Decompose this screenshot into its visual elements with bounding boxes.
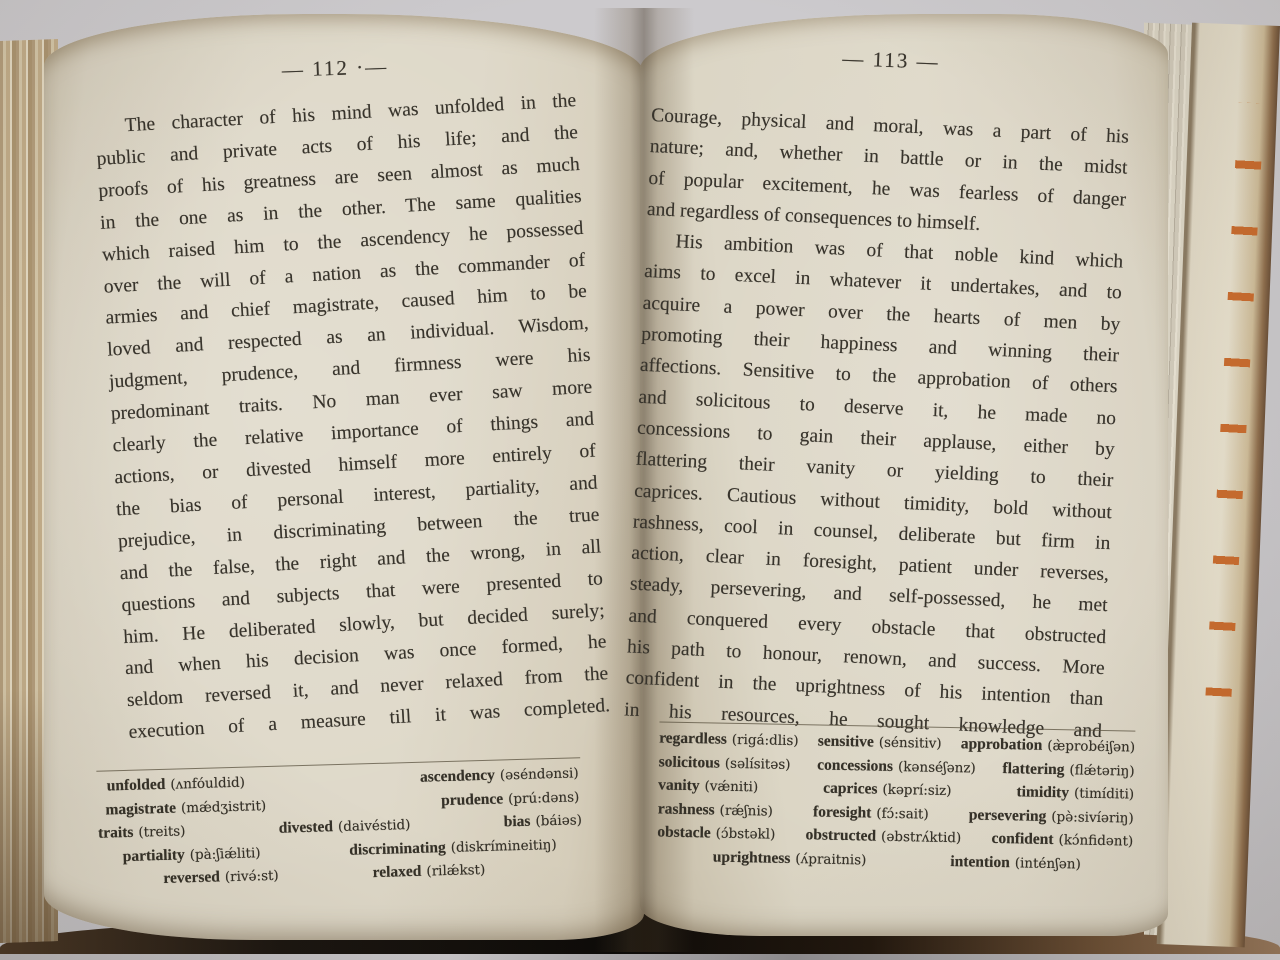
vocab-pronunciation: (mǽdʒistrit) [181, 798, 267, 816]
vocab-pronunciation: (æ̀probéiʃən) [1047, 738, 1135, 756]
vocab-word: ascendency [420, 767, 495, 786]
vocab-entry: obstructed(əbstrʌ́ktid) [805, 826, 961, 847]
vocab-pronunciation: (prú:dəns) [508, 789, 580, 807]
vocab-word: vanity [658, 776, 700, 794]
vocab-pronunciation: (fɔ́:sait) [876, 805, 929, 822]
vocab-pronunciation: (pə̀:sivíəriŋ) [1051, 808, 1134, 826]
vocab-pronunciation: (kənséʃənz) [898, 759, 976, 776]
vocab-pronunciation: (əséndənsi) [500, 765, 579, 783]
vocab-entry: obstacle(ɔ́bstəkl) [657, 823, 775, 843]
vocab-word: regardless [659, 729, 727, 747]
vocab-word: obstacle [657, 823, 711, 841]
vocab-word: confident [991, 830, 1053, 848]
vocab-entry: regardless(rigá:dlis) [659, 729, 799, 750]
vocab-entry: bias(báiəs) [504, 811, 583, 831]
vocab-word: unfolded [107, 776, 166, 795]
vocab-word: intention [950, 853, 1010, 871]
vocab-word: uprightness [713, 848, 791, 866]
vocab-pronunciation: (rivə́:st) [225, 868, 279, 885]
vocab-entry: approbation(æ̀probéiʃən) [961, 735, 1136, 756]
vocab-pronunciation: (rǽʃnis) [719, 802, 773, 819]
page-113-body-text: Courage, physical and moral, was a part … [624, 100, 1130, 747]
open-book-photo: — 112 ·— — 113 — The character of his mi… [0, 0, 1280, 960]
vocab-word: obstructed [805, 826, 876, 844]
page-112-body-text: The character of his mind was unfolded i… [94, 85, 611, 749]
vocab-entry: vanity(vǽniti) [658, 776, 758, 796]
vocab-pronunciation: (diskrímineitiŋ) [450, 836, 556, 855]
vocab-word: prudence [441, 790, 503, 809]
vocab-word: approbation [961, 735, 1043, 754]
vocab-word: persevering [969, 806, 1047, 824]
vocab-word: divested [279, 818, 334, 837]
vocab-entry: magistrate(mǽdʒistrit) [105, 797, 266, 819]
vocab-pronunciation: (ɔ́bstəkl) [716, 826, 776, 843]
vocab-pronunciation: (timíditi) [1074, 785, 1134, 802]
page-112-vocabulary: unfolded(ʌnfóuldid)ascendency(əséndənsi)… [96, 757, 583, 895]
vocab-pronunciation: (daivéstid) [338, 817, 411, 835]
vocab-word: flattering [1002, 760, 1064, 778]
vocab-word: solicitous [659, 753, 720, 771]
vocab-entry: caprices(kəprí:siz) [823, 780, 952, 800]
vocab-word: timidity [1016, 783, 1069, 801]
vocab-word: sensitive [818, 732, 874, 750]
vocab-entry: persevering(pə̀:sivíəriŋ) [969, 806, 1134, 827]
vocab-pronunciation: (flǽtəriŋ) [1069, 762, 1134, 779]
vocab-pronunciation: (ʌ́praitnis) [795, 851, 866, 868]
vocab-pronunciation: (kɔ́nfidənt) [1058, 832, 1133, 849]
vocab-word: concessions [817, 756, 893, 774]
vocab-pronunciation: (səlísitəs) [725, 755, 791, 772]
vocab-word: rashness [658, 800, 715, 818]
vocab-word: relaxed [372, 863, 421, 881]
vocab-pronunciation: (rigá:dlis) [732, 732, 799, 749]
vocab-entry: reversed(rivə́:st) [163, 867, 279, 888]
vocab-word: partiality [123, 846, 185, 865]
vocab-pronunciation: (sénsitiv) [879, 735, 942, 752]
vocab-entry: flattering(flǽtəriŋ) [1002, 760, 1134, 781]
vocab-entry: confident(kɔ́nfidənt) [991, 830, 1133, 851]
vocab-entry: relaxed(rilǽkst) [372, 861, 485, 882]
vocab-word: discriminating [349, 839, 446, 859]
page-113-vocabulary: regardless(rigá:dlis)sensitive(sénsitiv)… [657, 721, 1136, 879]
vocab-pronunciation: (treits) [138, 823, 186, 840]
vocab-word: reversed [163, 868, 220, 887]
vocab-entry: traits(treits) [98, 822, 186, 842]
vocab-pronunciation: (vǽniti) [704, 778, 758, 795]
vocab-pronunciation: (pà:ʃiǽliti) [190, 845, 261, 863]
vocab-word: bias [504, 813, 531, 831]
vocab-pronunciation: (kəprí:siz) [882, 782, 951, 799]
vocab-entry: prudence(prú:dəns) [441, 788, 580, 810]
vocab-pronunciation: (əbstrʌ́ktid) [881, 829, 961, 847]
vocab-pronunciation: (inténʃən) [1015, 855, 1081, 872]
vocab-pronunciation: (báiəs) [535, 812, 582, 829]
vocab-entry: intention(inténʃən) [950, 853, 1081, 874]
vocab-entry: unfolded(ʌnfóuldid) [107, 774, 246, 796]
vocab-word: foresight [813, 803, 872, 821]
vocab-entry: sensitive(sénsitiv) [818, 732, 942, 752]
vocab-entry: solicitous(səlísitəs) [659, 753, 791, 774]
vocab-entry: ascendency(əséndənsi) [420, 764, 579, 786]
vocab-entry: foresight(fɔ́:sait) [813, 803, 929, 823]
vocab-entry: timidity(timíditi) [1016, 783, 1134, 803]
vocab-word: magistrate [105, 799, 176, 818]
vocab-pronunciation: (rilǽkst) [426, 862, 485, 880]
vocab-word: caprices [823, 780, 878, 798]
vocab-entry: rashness(rǽʃnis) [658, 800, 773, 820]
vocab-entry: divested(daivéstid) [279, 816, 411, 838]
fore-edge-orange-marks [1203, 102, 1265, 742]
vocab-entry: partiality(pà:ʃiǽliti) [123, 844, 261, 866]
vocab-pronunciation: (ʌnfóuldid) [170, 775, 245, 793]
vocab-word: traits [98, 824, 134, 842]
vocab-entry: uprightness(ʌ́praitnis) [713, 848, 867, 869]
vocab-entry: concessions(kənséʃənz) [817, 756, 976, 777]
